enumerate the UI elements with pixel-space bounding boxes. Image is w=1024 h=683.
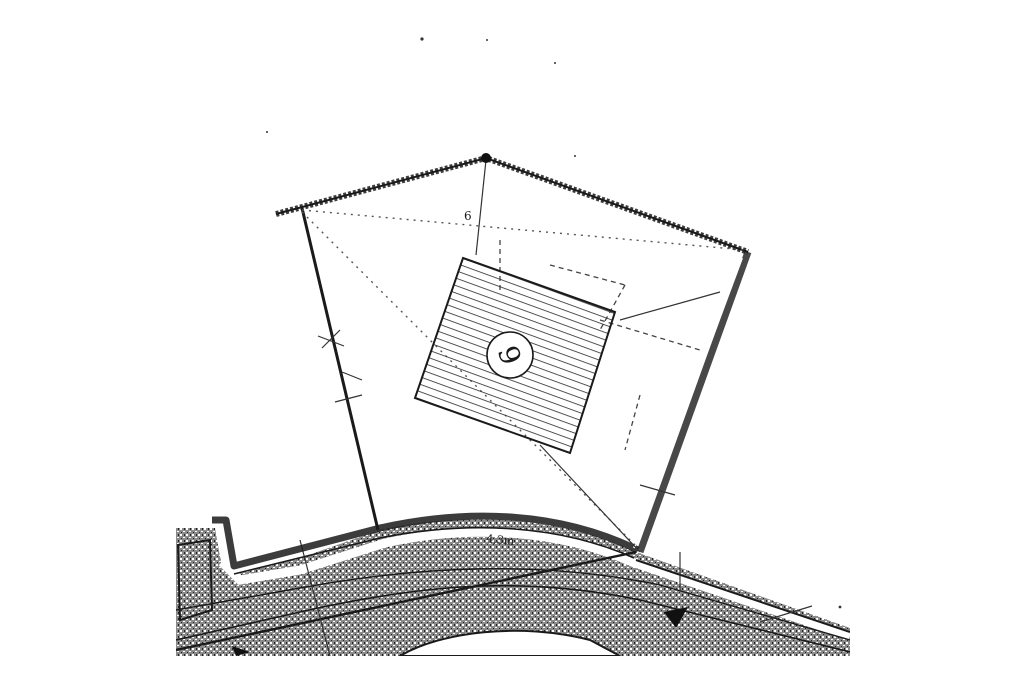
site-plan-drawing: 6 6 4,3m — [0, 0, 1024, 683]
plot-boundary-top — [276, 158, 748, 252]
plot-boundary-right — [640, 252, 748, 552]
plot-boundary-left — [302, 208, 378, 530]
corner-annotation: 6 — [464, 209, 472, 223]
